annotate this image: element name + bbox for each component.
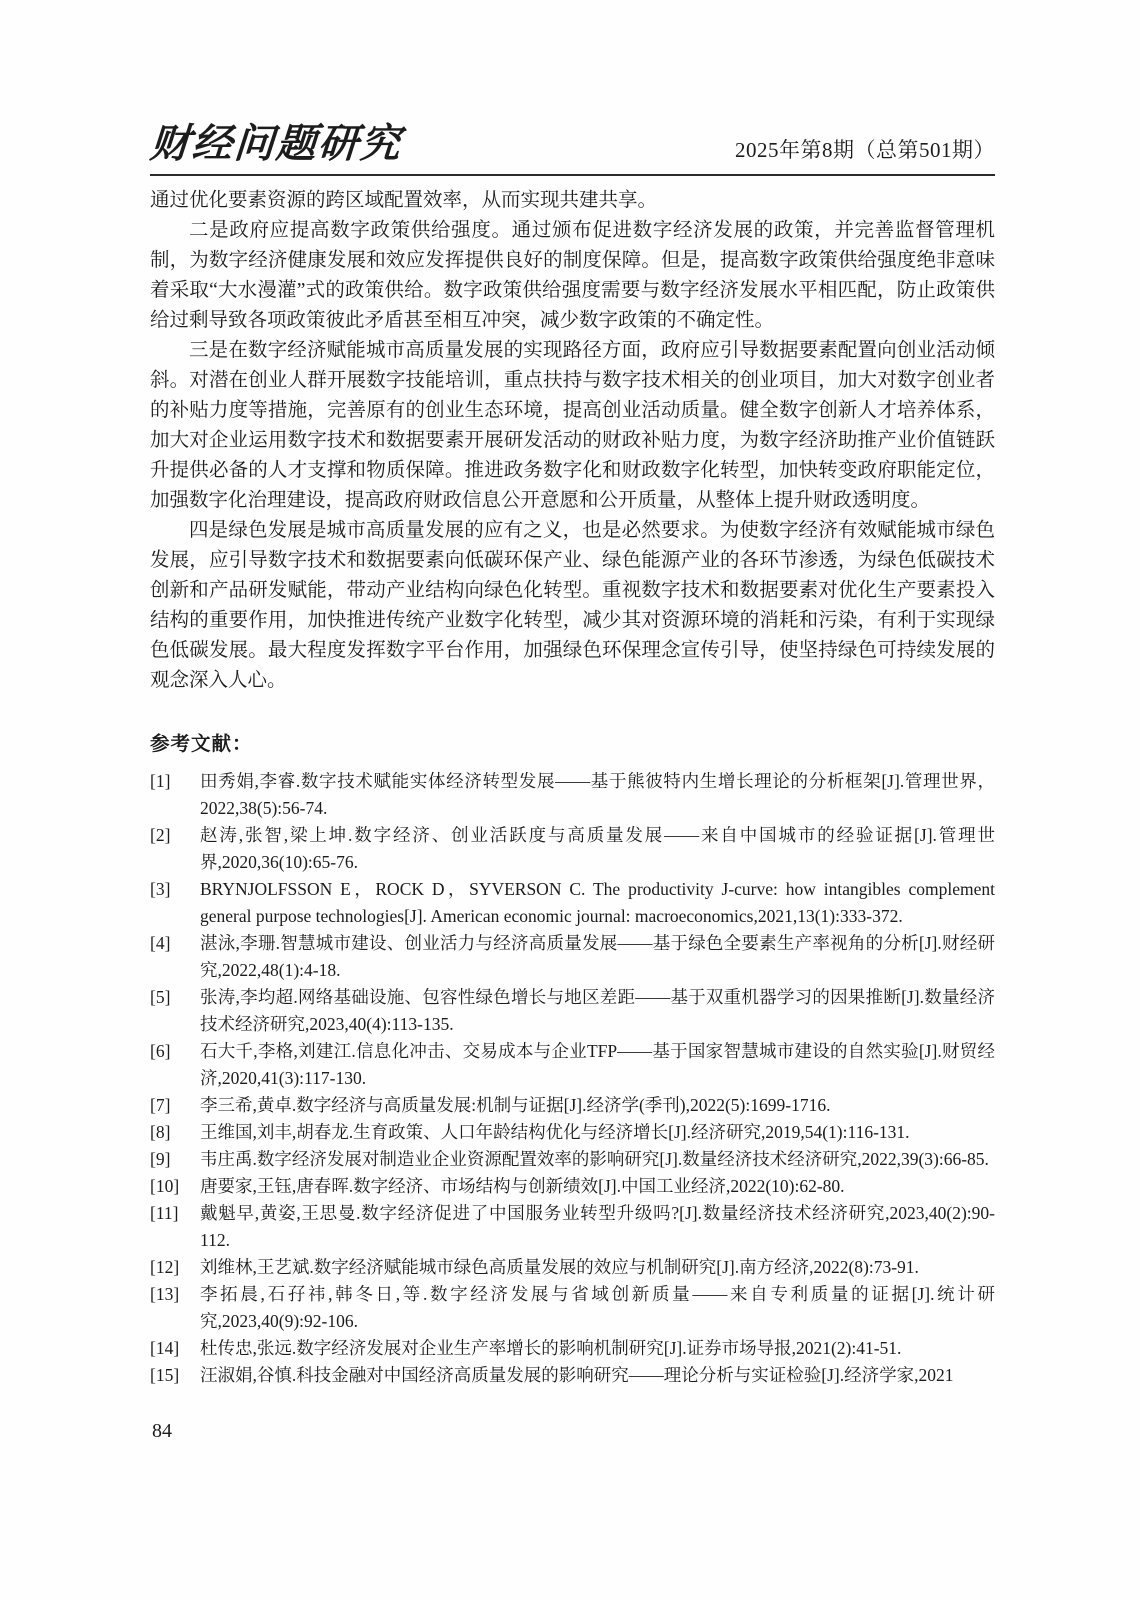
reference-number: [10] bbox=[150, 1173, 200, 1200]
reference-item: [7]李三希,黄卓.数字经济与高质量发展:机制与证据[J].经济学(季刊),20… bbox=[150, 1092, 995, 1119]
reference-item: [11]戴魁早,黄姿,王思曼.数字经济促进了中国服务业转型升级吗?[J].数量经… bbox=[150, 1200, 995, 1254]
reference-text: 石大千,李格,刘建江.信息化冲击、交易成本与企业TFP——基于国家智慧城市建设的… bbox=[200, 1038, 995, 1092]
paragraph: 通过优化要素资源的跨区域配置效率，从而实现共建共享。 bbox=[150, 186, 995, 216]
reference-item: [2]赵涛,张智,梁上坤.数字经济、创业活跃度与高质量发展——来自中国城市的经验… bbox=[150, 822, 995, 876]
page-content: 财经问题研究 2025年第8期（总第501期） 通过优化要素资源的跨区域配置效率… bbox=[150, 122, 995, 1389]
reference-text: 王维国,刘丰,胡春龙.生育政策、人口年龄结构优化与经济增长[J].经济研究,20… bbox=[200, 1119, 995, 1146]
reference-text: 张涛,李均超.网络基础设施、包容性绿色增长与地区差距——基于双重机器学习的因果推… bbox=[200, 984, 995, 1038]
reference-number: [2] bbox=[150, 822, 200, 876]
reference-number: [12] bbox=[150, 1254, 200, 1281]
reference-item: [6]石大千,李格,刘建江.信息化冲击、交易成本与企业TFP——基于国家智慧城市… bbox=[150, 1038, 995, 1092]
reference-text: 李三希,黄卓.数字经济与高质量发展:机制与证据[J].经济学(季刊),2022(… bbox=[200, 1092, 995, 1119]
reference-text: 戴魁早,黄姿,王思曼.数字经济促进了中国服务业转型升级吗?[J].数量经济技术经… bbox=[200, 1200, 995, 1254]
reference-item: [12]刘维林,王艺斌.数字经济赋能城市绿色高质量发展的效应与机制研究[J].南… bbox=[150, 1254, 995, 1281]
reference-number: [5] bbox=[150, 984, 200, 1038]
issue-info: 2025年第8期（总第501期） bbox=[735, 134, 995, 166]
reference-text: 刘维林,王艺斌.数字经济赋能城市绿色高质量发展的效应与机制研究[J].南方经济,… bbox=[200, 1254, 995, 1281]
reference-text: 田秀娟,李睿.数字技术赋能实体经济转型发展——基于熊彼特内生增长理论的分析框架[… bbox=[200, 768, 995, 822]
reference-item: [1]田秀娟,李睿.数字技术赋能实体经济转型发展——基于熊彼特内生增长理论的分析… bbox=[150, 768, 995, 822]
reference-number: [6] bbox=[150, 1038, 200, 1092]
reference-number: [7] bbox=[150, 1092, 200, 1119]
article-body: 通过优化要素资源的跨区域配置效率，从而实现共建共享。 二是政府应提高数字政策供给… bbox=[150, 186, 995, 696]
journal-page: 财经问题研究 2025年第8期（总第501期） 通过优化要素资源的跨区域配置效率… bbox=[0, 0, 1140, 1600]
reference-item: [9]韦庄禹.数字经济发展对制造业企业资源配置效率的影响研究[J].数量经济技术… bbox=[150, 1146, 995, 1173]
reference-text: 汪淑娟,谷慎.科技金融对中国经济高质量发展的影响研究——理论分析与实证检验[J]… bbox=[200, 1362, 995, 1389]
reference-item: [3]BRYNJOLFSSON E，ROCK D，SYVERSON C. The… bbox=[150, 876, 995, 930]
reference-number: [9] bbox=[150, 1146, 200, 1173]
reference-text: BRYNJOLFSSON E，ROCK D，SYVERSON C. The pr… bbox=[200, 876, 995, 930]
reference-number: [13] bbox=[150, 1281, 200, 1335]
reference-number: [15] bbox=[150, 1362, 200, 1389]
reference-item: [15]汪淑娟,谷慎.科技金融对中国经济高质量发展的影响研究——理论分析与实证检… bbox=[150, 1362, 995, 1389]
reference-number: [4] bbox=[150, 930, 200, 984]
journal-logo: 财经问题研究 bbox=[148, 122, 403, 166]
reference-text: 韦庄禹.数字经济发展对制造业企业资源配置效率的影响研究[J].数量经济技术经济研… bbox=[200, 1146, 995, 1173]
references-list: [1]田秀娟,李睿.数字技术赋能实体经济转型发展——基于熊彼特内生增长理论的分析… bbox=[150, 768, 995, 1389]
reference-item: [8]王维国,刘丰,胡春龙.生育政策、人口年龄结构优化与经济增长[J].经济研究… bbox=[150, 1119, 995, 1146]
paragraph: 二是政府应提高数字政策供给强度。通过颁布促进数字经济发展的政策，并完善监督管理机… bbox=[150, 216, 995, 336]
reference-text: 湛泳,李珊.智慧城市建设、创业活力与经济高质量发展——基于绿色全要素生产率视角的… bbox=[200, 930, 995, 984]
reference-item: [14]杜传忠,张远.数字经济发展对企业生产率增长的影响机制研究[J].证券市场… bbox=[150, 1335, 995, 1362]
paragraph: 四是绿色发展是城市高质量发展的应有之义，也是必然要求。为使数字经济有效赋能城市绿… bbox=[150, 516, 995, 696]
reference-number: [11] bbox=[150, 1200, 200, 1254]
page-number: 84 bbox=[152, 1420, 172, 1443]
reference-number: [1] bbox=[150, 768, 200, 822]
reference-text: 赵涛,张智,梁上坤.数字经济、创业活跃度与高质量发展——来自中国城市的经验证据[… bbox=[200, 822, 995, 876]
reference-number: [14] bbox=[150, 1335, 200, 1362]
paragraph: 三是在数字经济赋能城市高质量发展的实现路径方面，政府应引导数据要素配置向创业活动… bbox=[150, 336, 995, 516]
page-header: 财经问题研究 2025年第8期（总第501期） bbox=[150, 122, 995, 176]
reference-item: [4]湛泳,李珊.智慧城市建设、创业活力与经济高质量发展——基于绿色全要素生产率… bbox=[150, 930, 995, 984]
reference-text: 杜传忠,张远.数字经济发展对企业生产率增长的影响机制研究[J].证券市场导报,2… bbox=[200, 1335, 995, 1362]
reference-item: [5]张涛,李均超.网络基础设施、包容性绿色增长与地区差距——基于双重机器学习的… bbox=[150, 984, 995, 1038]
reference-text: 唐要家,王钰,唐春晖.数字经济、市场结构与创新绩效[J].中国工业经济,2022… bbox=[200, 1173, 995, 1200]
reference-number: [8] bbox=[150, 1119, 200, 1146]
reference-number: [3] bbox=[150, 876, 200, 930]
reference-item: [13]李拓晨,石孖祎,韩冬日,等.数字经济发展与省域创新质量——来自专利质量的… bbox=[150, 1281, 995, 1335]
references-title: 参考文献： bbox=[150, 728, 995, 756]
reference-item: [10]唐要家,王钰,唐春晖.数字经济、市场结构与创新绩效[J].中国工业经济,… bbox=[150, 1173, 995, 1200]
reference-text: 李拓晨,石孖祎,韩冬日,等.数字经济发展与省域创新质量——来自专利质量的证据[J… bbox=[200, 1281, 995, 1335]
